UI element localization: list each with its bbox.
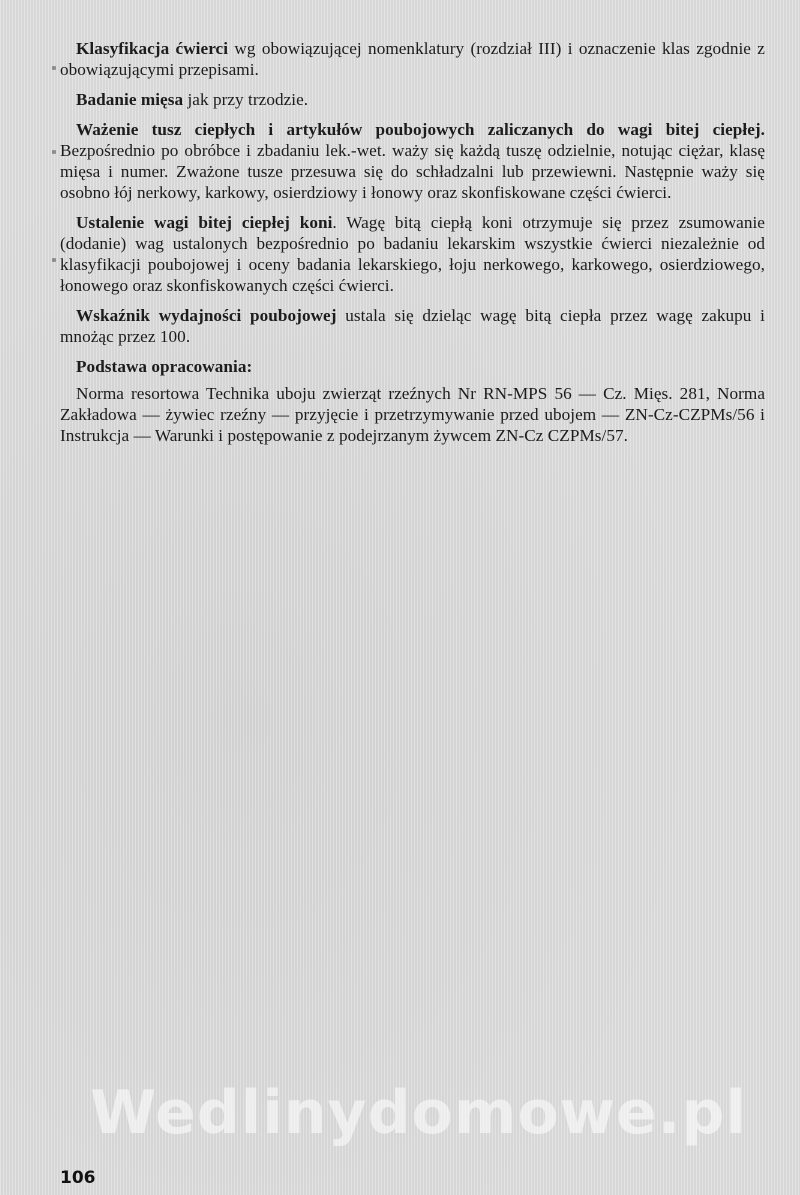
watermark: Wedlinydomowe.pl xyxy=(90,1078,747,1148)
paragraph-weighing: Ważenie tusz ciepłych i artykułów pouboj… xyxy=(60,119,765,203)
margin-mark xyxy=(52,66,56,70)
paragraph-lead: Badanie mięsa xyxy=(76,90,183,109)
basis-heading: Podstawa opracowania: xyxy=(60,356,765,377)
page-number: 106 xyxy=(60,1168,96,1188)
book-page: Klasyfikacja ćwierci wg obowiązującej no… xyxy=(0,0,800,1195)
paragraph-lead: Wskaźnik wydajności poubojowej xyxy=(76,306,337,325)
paragraph-horse-weight: Ustalenie wagi bitej ciepłej koni. Wagę … xyxy=(60,212,765,296)
page-content: Klasyfikacja ćwierci wg obowiązującej no… xyxy=(60,38,765,446)
paragraph-body: Bezpośrednio po obróbce i zbadaniu lek.-… xyxy=(60,141,765,202)
paragraph-lead: Ważenie tusz ciepłych i artykułów pouboj… xyxy=(76,120,765,139)
margin-mark xyxy=(52,258,56,262)
paragraph-body: jak przy trzodzie. xyxy=(183,90,308,109)
paragraph-lead: Ustalenie wagi bitej ciepłej koni xyxy=(76,213,332,232)
basis-body: Norma resortowa Technika uboju zwierząt … xyxy=(60,383,765,446)
paragraph-lead: Klasyfikacja ćwierci xyxy=(76,39,228,58)
margin-mark xyxy=(52,150,56,154)
paragraph-classification: Klasyfikacja ćwierci wg obowiązującej no… xyxy=(60,38,765,80)
paragraph-yield-index: Wskaźnik wydajności poubojowej ustala si… xyxy=(60,305,765,347)
paragraph-meat-inspection: Badanie mięsa jak przy trzodzie. xyxy=(60,89,765,110)
